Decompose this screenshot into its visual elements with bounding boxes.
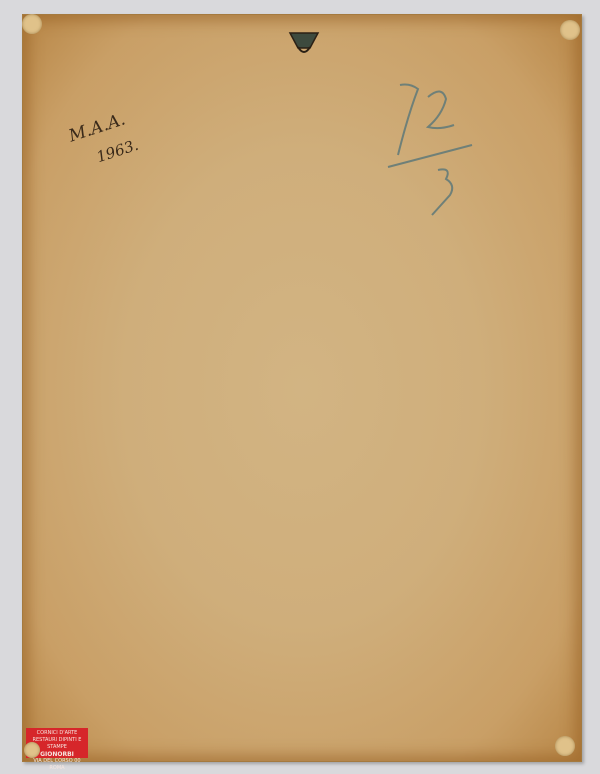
corner-tack-top-left [22, 14, 42, 34]
label-line: CORNICI D'ARTE [26, 730, 88, 737]
hanger-icon [288, 30, 320, 56]
label-line: VIA DEL CORSO 00 ROMA [26, 758, 88, 772]
corner-tack-bottom-left [24, 742, 40, 758]
corner-tack-top-right [560, 20, 580, 40]
pencil-fraction-note [380, 75, 480, 225]
corner-tack-bottom-right [555, 736, 575, 756]
